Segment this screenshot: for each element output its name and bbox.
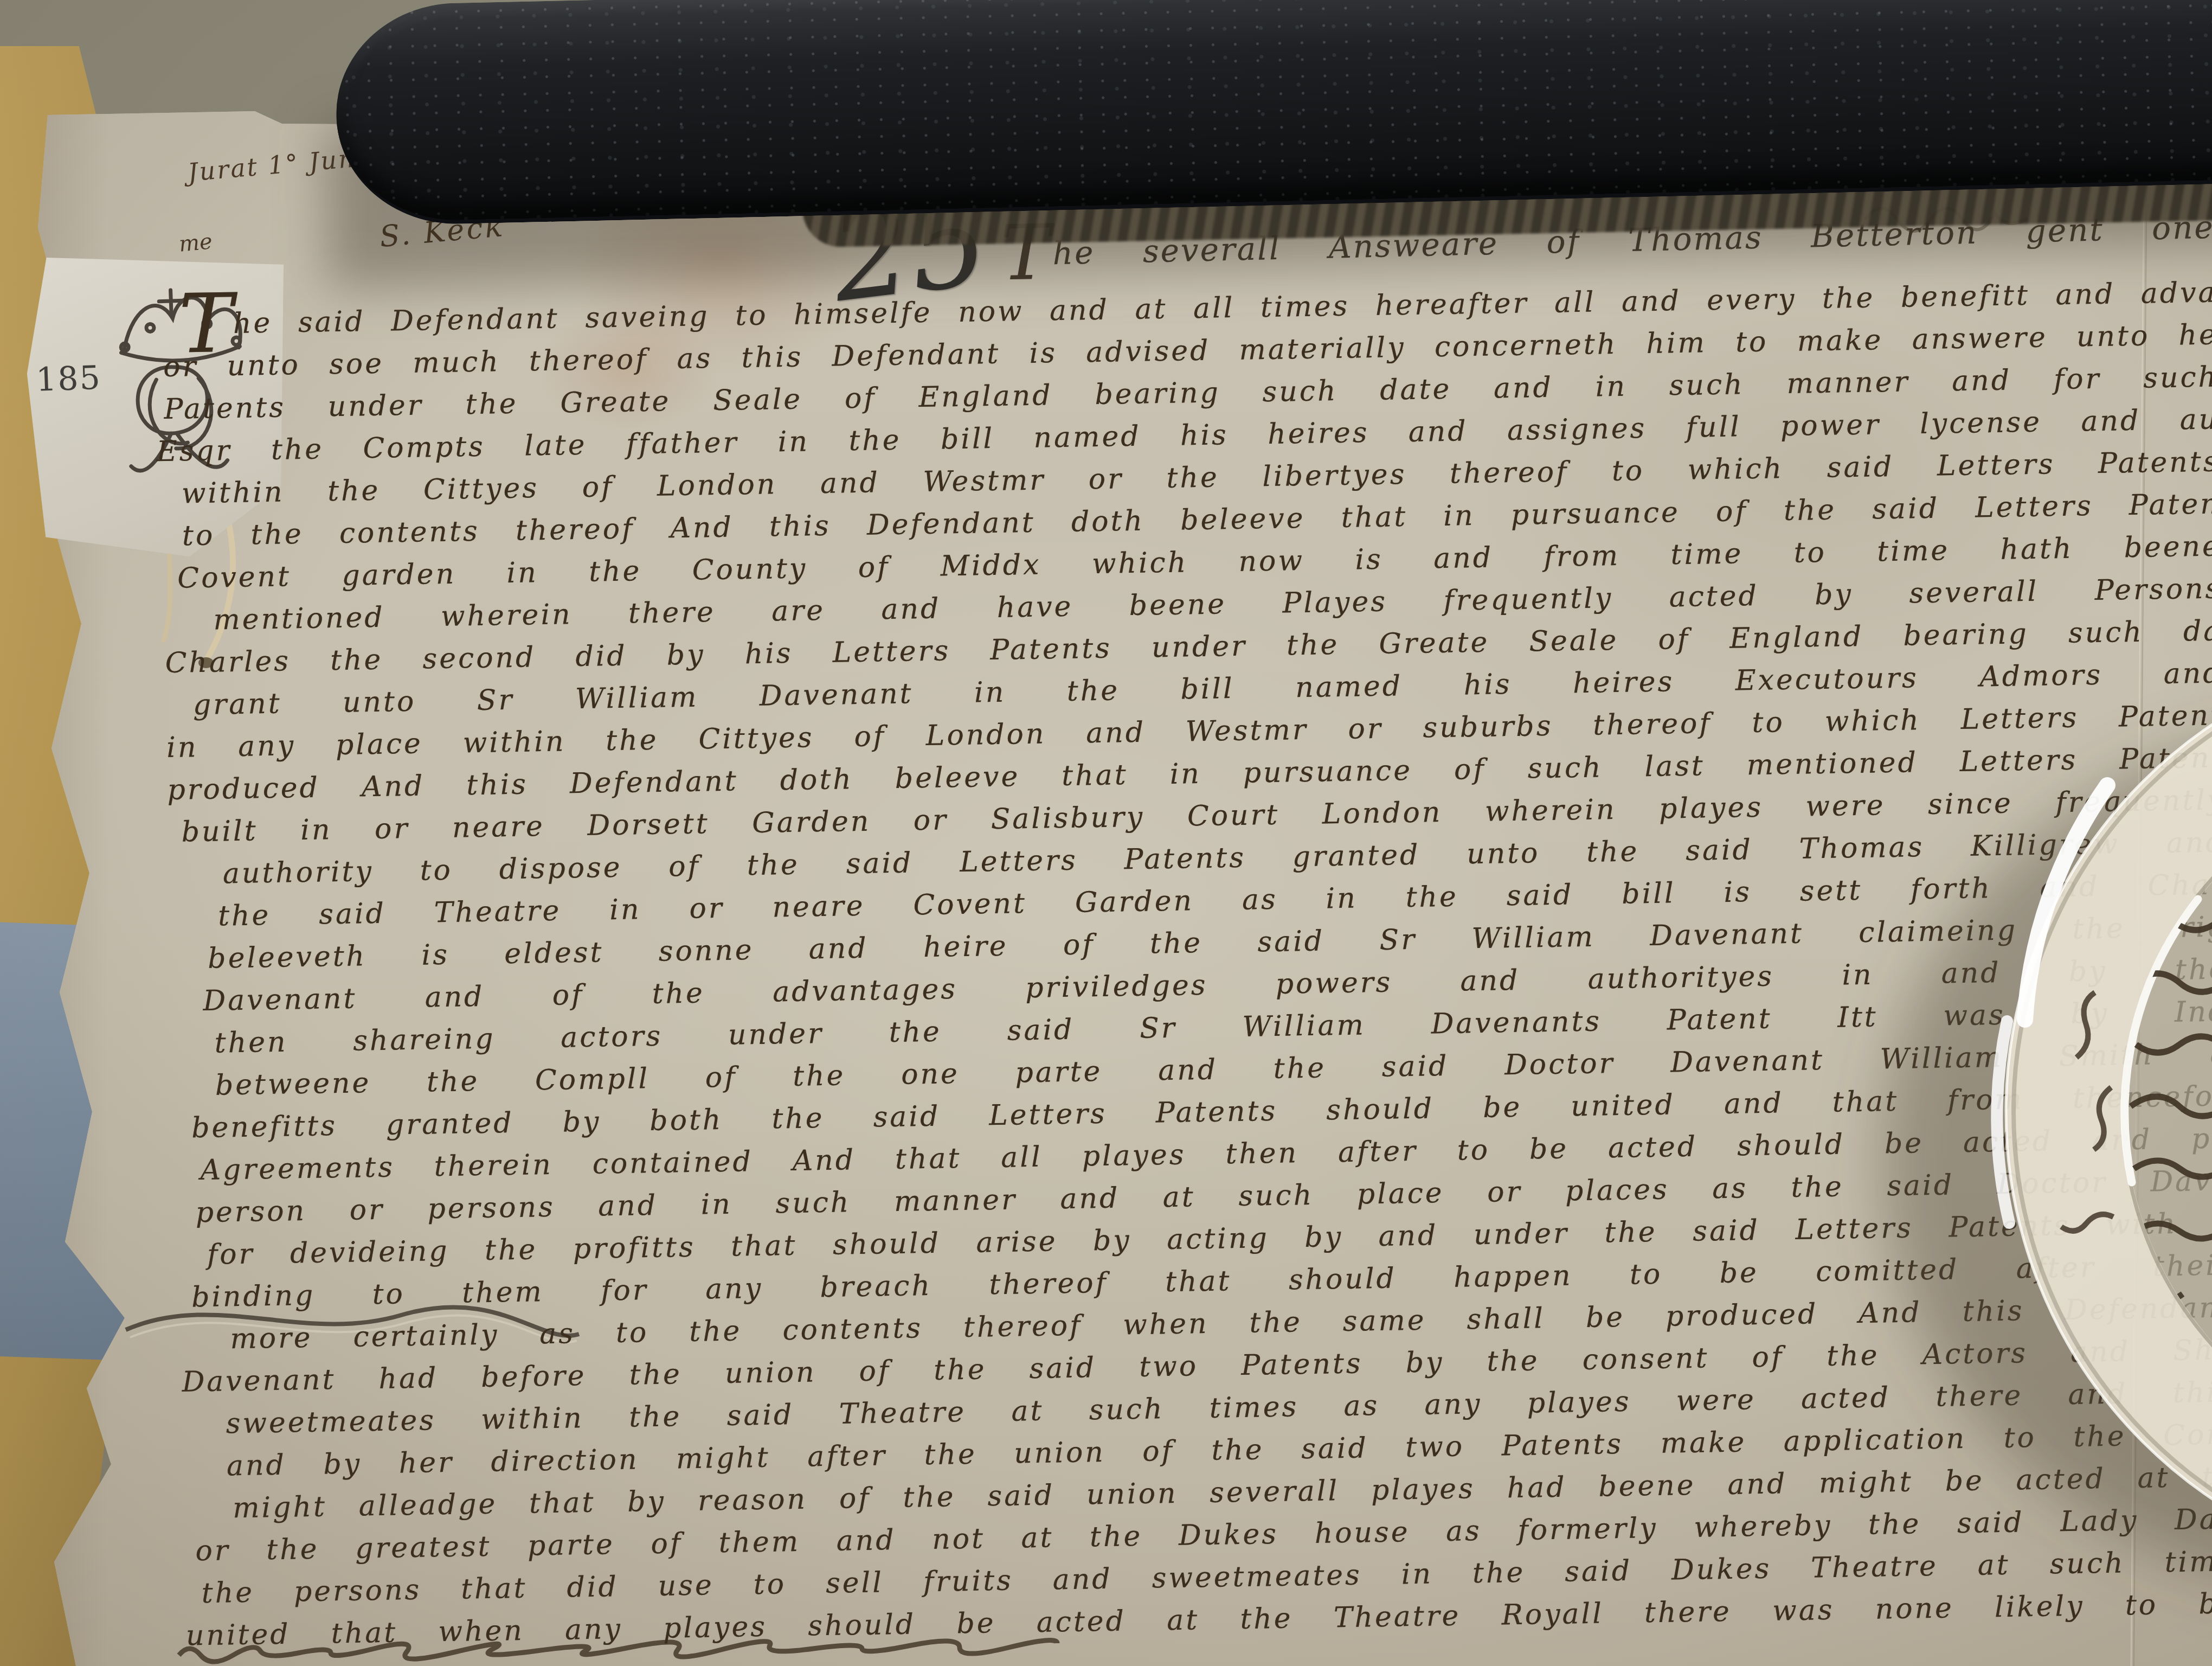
jurat-note-line2: me: [178, 229, 213, 257]
photo-of-manuscript: Jurat 1° Junij 1703 coram me S. Keck 25 …: [0, 0, 2212, 1666]
